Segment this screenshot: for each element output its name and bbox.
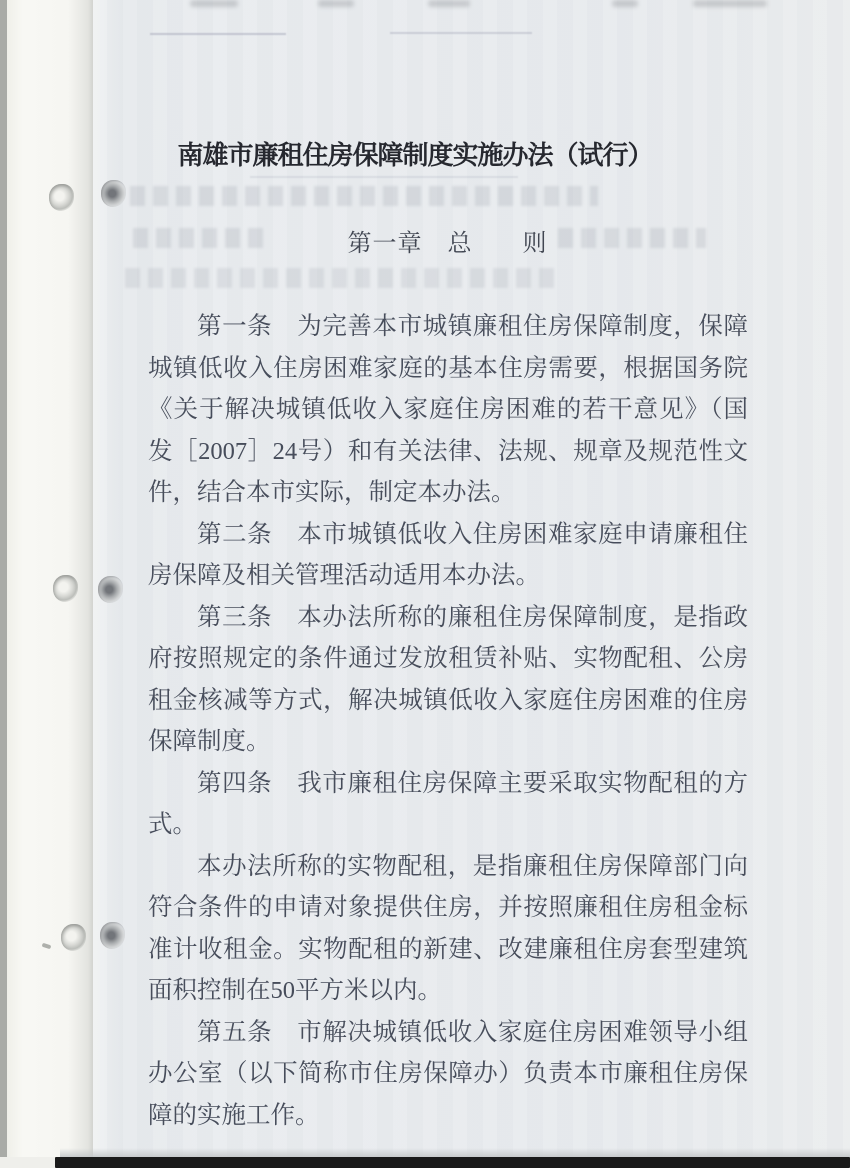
top-edge-smudge [612,0,638,7]
chapter-heading: 第一章 总 则 [148,223,747,258]
top-edge-smudge [428,0,470,7]
crease-line [390,32,532,34]
document-body: 第一条 为完善本市城镇廉租住房保障制度，保障城镇低收入住房困难家庭的基本住房需要… [148,306,748,1136]
top-edge-smudge [190,0,238,7]
top-edge-smudge [318,0,354,7]
crease-line [250,176,518,178]
bleedthrough-text-line [130,186,598,206]
page-stack-strip [7,0,94,1168]
article-1: 第一条 为完善本市城镇廉租住房保障制度，保障城镇低收入住房困难家庭的基本住房需要… [148,306,748,514]
article-3: 第三条 本办法所称的廉租住房保障制度，是指政府按照规定的条件通过发放租赁补贴、实… [148,597,748,763]
top-edge-smudge [693,0,767,7]
bleedthrough-text-line [125,268,557,288]
crease-line [150,33,286,35]
scanner-left-edge [0,0,7,1168]
article-4: 第四条 我市廉租住房保障主要采取实物配租的方式。 [148,763,748,846]
article-5: 第五条 市解决城镇低收入家庭住房困难领导小组办公室（以下简称市住房保障办）负责本… [148,1012,748,1137]
document-title: 南雄市廉租住房保障制度实施办法（试行） [150,135,680,172]
article-2: 第二条 本市城镇低收入住房困难家庭申请廉租住房保障及相关管理活动适用本办法。 [148,514,748,597]
scanned-document-page: 南雄市廉租住房保障制度实施办法（试行） 第一章 总 则 第一条 为完善本市城镇廉… [0,0,850,1168]
bottom-left-strip [0,1157,55,1168]
article-4-continued: 本办法所称的实物配租，是指廉租住房保障部门向符合条件的申请对象提供住房，并按照廉… [148,846,748,1012]
scanner-bottom-band [55,1157,850,1168]
